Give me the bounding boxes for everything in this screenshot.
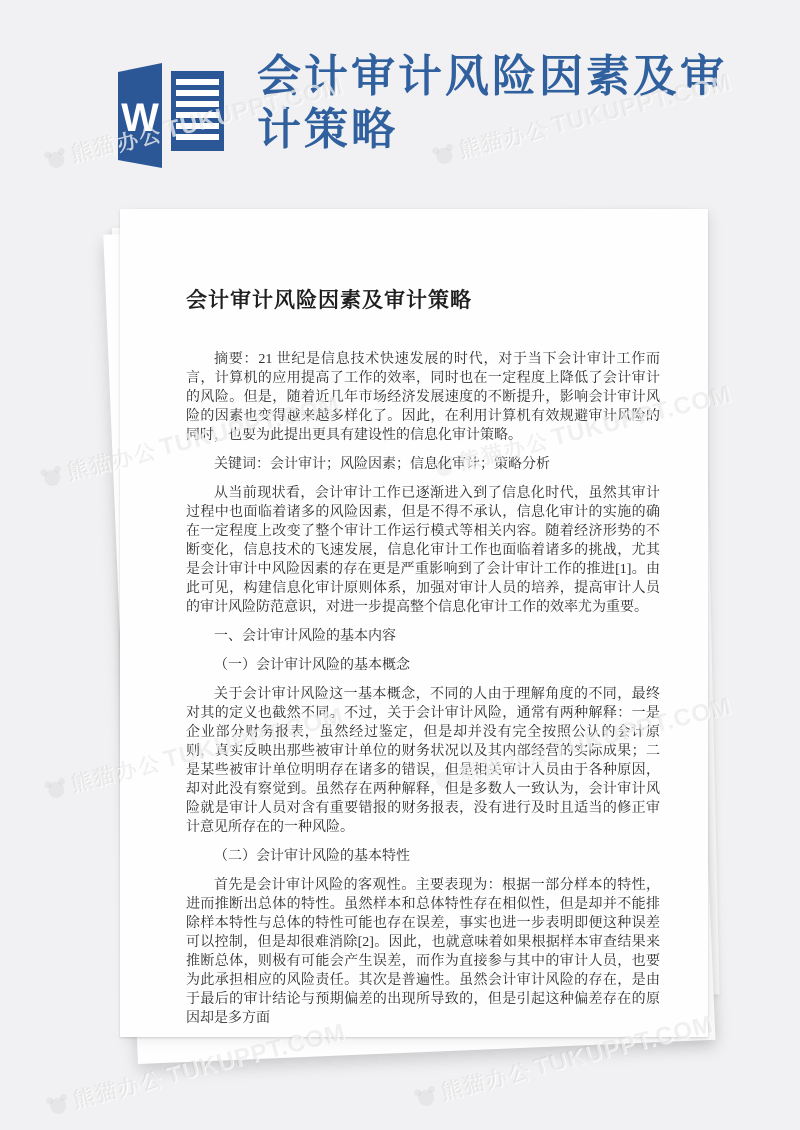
panda-logo-icon bbox=[37, 462, 66, 489]
doc-paragraph: 关键词：会计审计；风险因素；信息化审计；策略分析 bbox=[186, 455, 660, 474]
doc-paragraph: 首先是会计审计风险的客观性。主要表现为：根据一部分样本的特性，进而推断出总体的特… bbox=[186, 876, 660, 1028]
page-stage: W 会计审计风险因素及审计策略 会计审计风险因素及审计策略 摘要：21 世纪是信… bbox=[0, 0, 800, 1130]
doc-heading: （二）会计审计风险的基本特性 bbox=[186, 847, 660, 866]
watermark-brand: 熊猫办公 bbox=[70, 1063, 167, 1114]
panda-logo-icon bbox=[41, 144, 70, 171]
doc-heading: 一、会计审计风险的基本内容 bbox=[186, 627, 660, 646]
panda-logo-icon bbox=[41, 774, 70, 801]
word-logo-icon: W bbox=[117, 63, 225, 169]
doc-paragraph: 摘要：21 世纪是信息技术快速发展的时代，对于当下会计审计工作而言，计算机的应用… bbox=[186, 350, 660, 445]
panda-logo-icon bbox=[411, 1082, 440, 1109]
doc-paragraph: 关于会计审计风险这一基本概念，不同的人由于理解角度的不同，最终对其的定义也截然不… bbox=[186, 685, 660, 837]
watermark-brand: 熊猫办公 bbox=[438, 1055, 535, 1106]
panda-logo-icon bbox=[43, 1090, 72, 1117]
doc-paragraph: 从当前现状看，会计审计工作已逐渐进入到了信息化时代，虽然其审计过程中也面临着诸多… bbox=[186, 484, 660, 617]
doc-body: 摘要：21 世纪是信息技术快速发展的时代，对于当下会计审计工作而言，计算机的应用… bbox=[186, 350, 660, 1028]
page-title: 会计审计风险因素及审计策略 bbox=[257, 50, 749, 156]
svg-text:W: W bbox=[121, 96, 159, 140]
document-page: 会计审计风险因素及审计策略 摘要：21 世纪是信息技术快速发展的时代，对于当下会… bbox=[120, 209, 708, 1037]
document-title: 会计审计风险因素及审计策略 bbox=[186, 284, 660, 314]
doc-heading: （一）会计审计风险的基本概念 bbox=[186, 656, 660, 675]
